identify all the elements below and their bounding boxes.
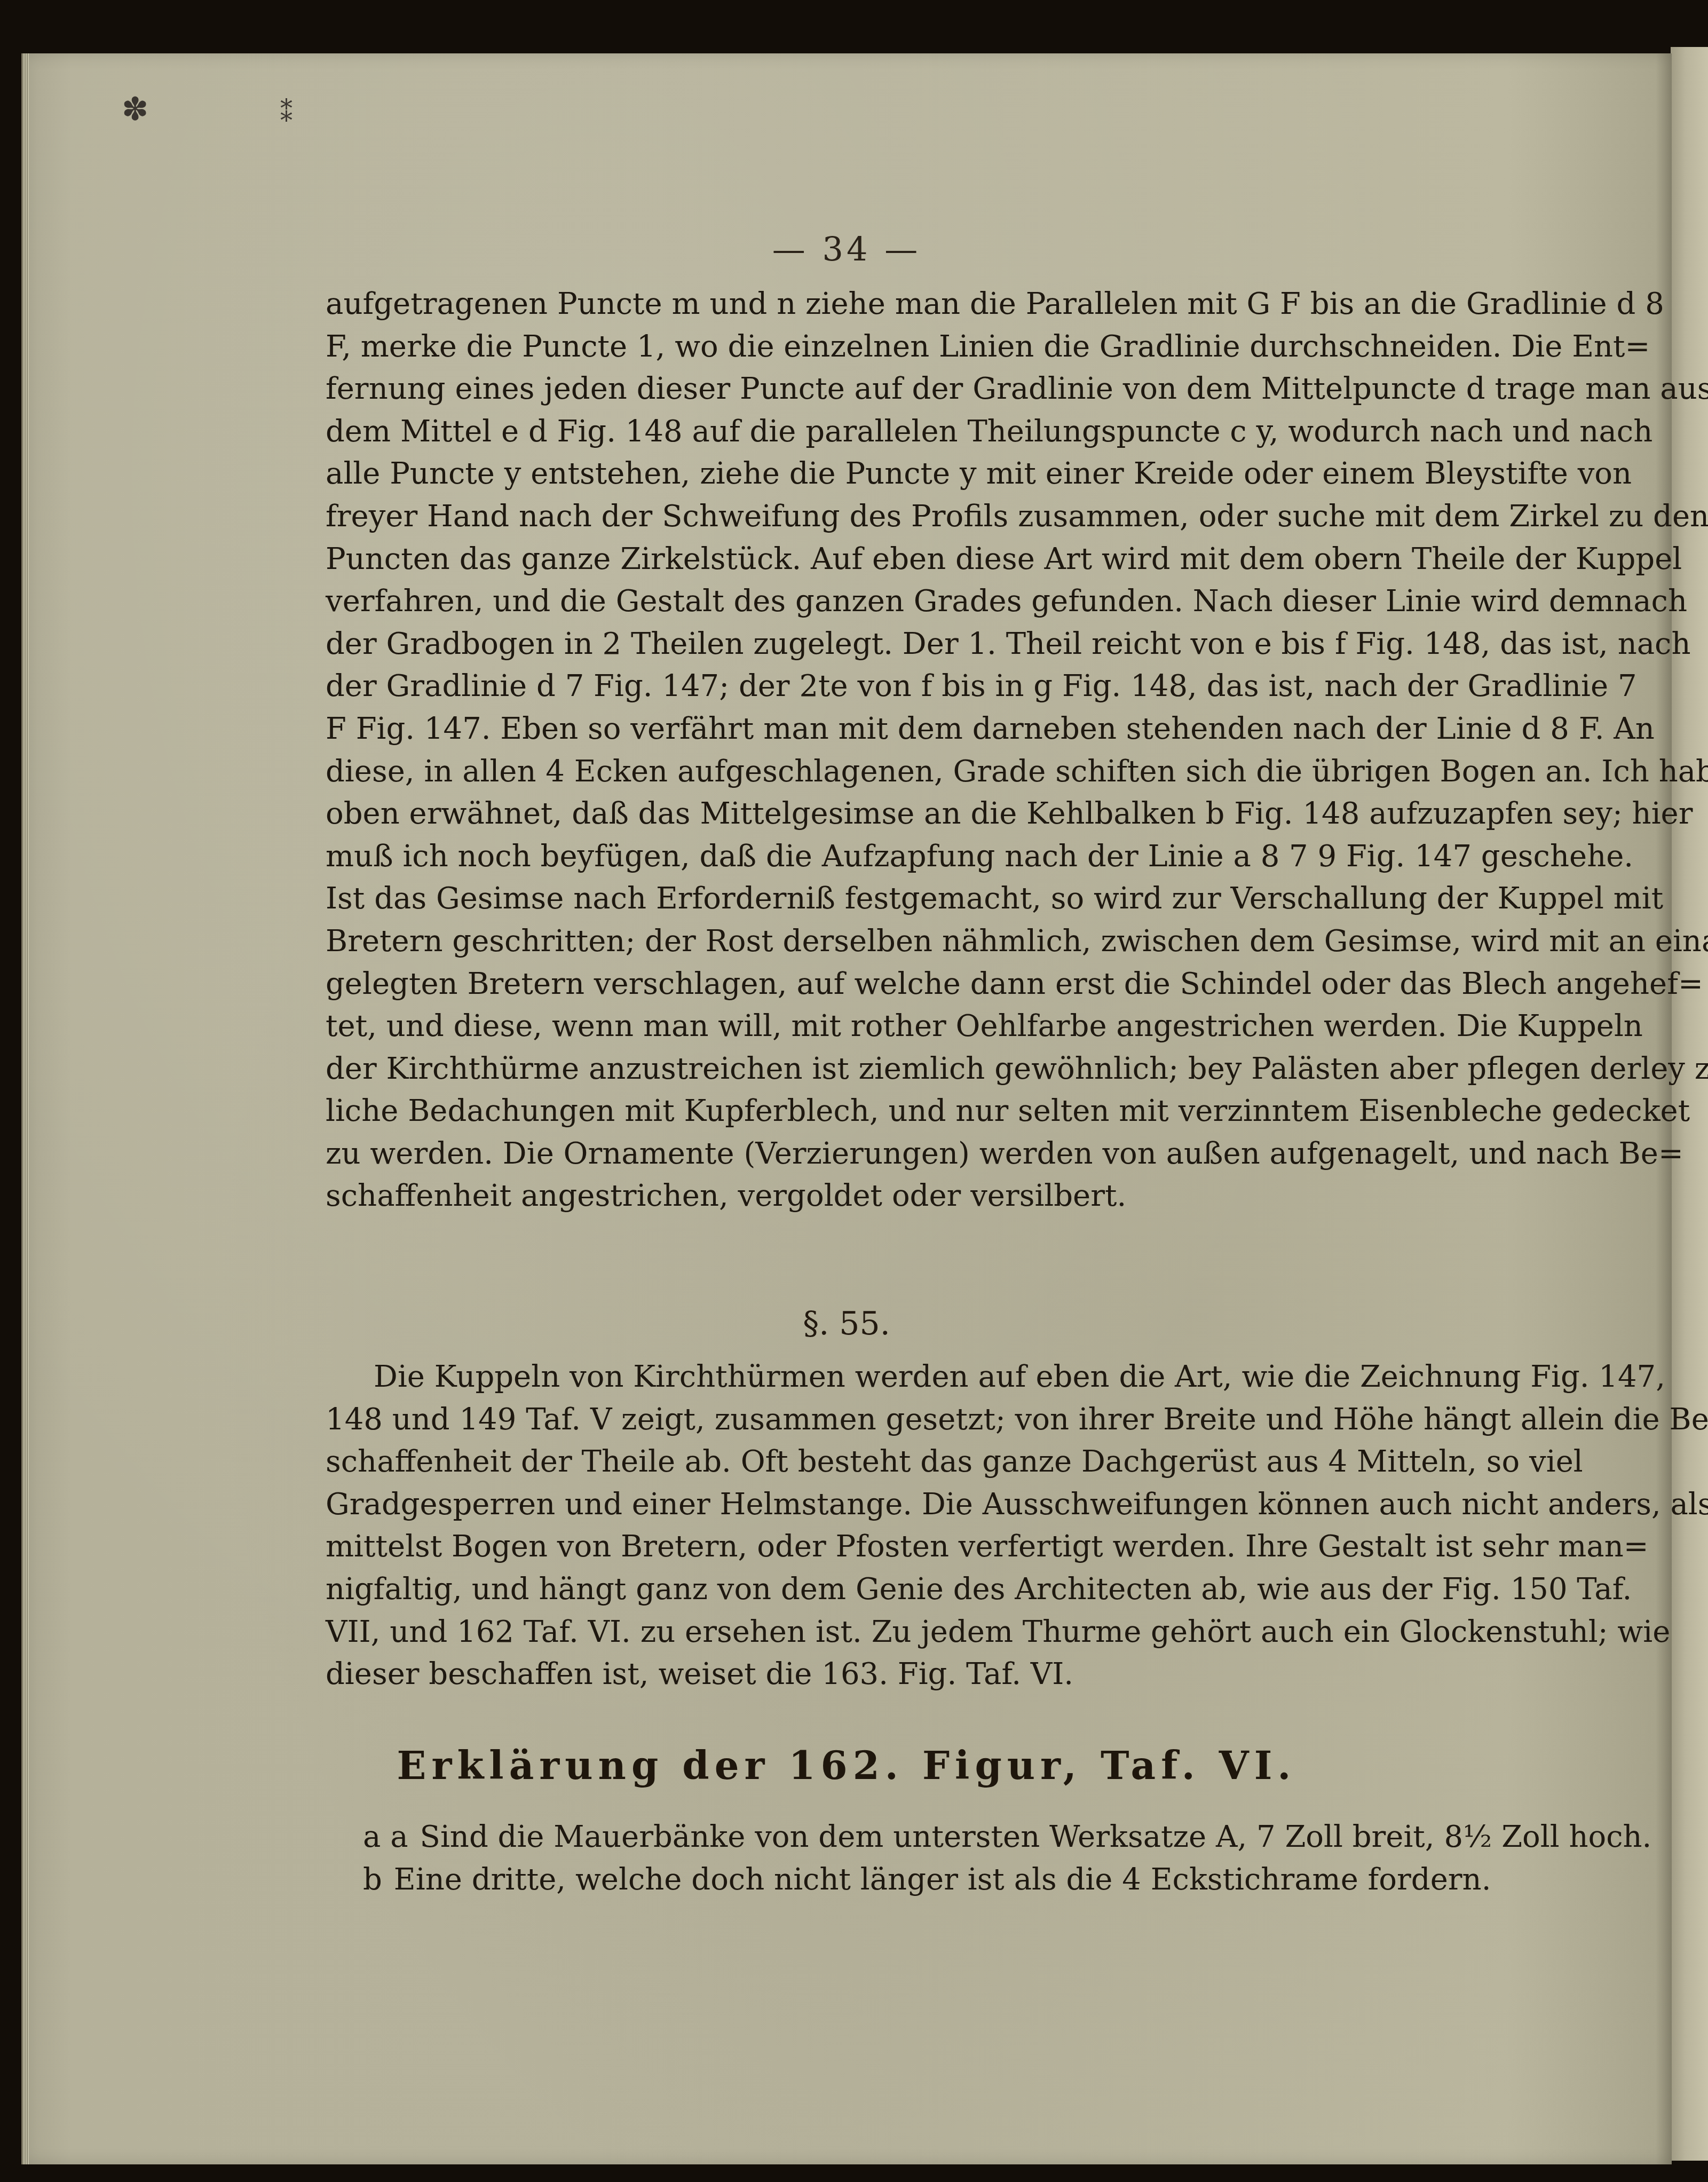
text-line: muß ich noch beyfügen, daß die Aufzapfun… bbox=[326, 835, 1569, 878]
text-line: verfahren, und die Gestalt des ganzen Gr… bbox=[326, 580, 1569, 623]
text-line: gelegten Bretern verschlagen, auf welche… bbox=[326, 963, 1569, 1006]
book-page: ✽ ⁑ — 34 — aufgetragenen Puncte m und n … bbox=[21, 53, 1672, 2164]
text-line: Die Kuppeln von Kirchthürmen werden auf … bbox=[326, 1356, 1569, 1398]
text-line: diese, in allen 4 Ecken aufgeschlagenen,… bbox=[326, 750, 1569, 793]
ink-smudge-icon: ✽ bbox=[122, 91, 148, 128]
explanation-heading: Erklärung der 162. Figur, Taf. VI. bbox=[21, 1743, 1672, 1788]
text-line: 148 und 149 Taf. V zeigt, zusammen geset… bbox=[326, 1398, 1569, 1441]
figure-legend: a aSind die Mauerbänke von dem untersten… bbox=[363, 1816, 1569, 1901]
text-line: mittelst Bogen von Bretern, oder Pfosten… bbox=[326, 1525, 1569, 1568]
text-line: alle Puncte y entstehen, ziehe die Punct… bbox=[326, 453, 1569, 495]
paragraph-2: Die Kuppeln von Kirchthürmen werden auf … bbox=[326, 1356, 1569, 1696]
text-line: zu werden. Die Ornamente (Verzierungen) … bbox=[326, 1133, 1569, 1175]
text-line: schaffenheit angestrichen, vergoldet ode… bbox=[326, 1175, 1569, 1218]
text-line: der Gradbogen in 2 Theilen zugelegt. Der… bbox=[326, 623, 1569, 666]
legend-item: a aSind die Mauerbänke von dem untersten… bbox=[363, 1816, 1569, 1859]
text-line: der Gradlinie d 7 Fig. 147; der 2te von … bbox=[326, 665, 1569, 708]
text-line: aufgetragenen Puncte m und n ziehe man d… bbox=[326, 283, 1569, 326]
page-stack-edges bbox=[21, 53, 29, 2164]
text-line: tet, und diese, wenn man will, mit rothe… bbox=[326, 1005, 1569, 1048]
text-line: dem Mittel e d Fig. 148 auf die parallel… bbox=[326, 410, 1569, 453]
text-line: freyer Hand nach der Schweifung des Prof… bbox=[326, 495, 1569, 538]
legend-key: a a bbox=[363, 1816, 408, 1859]
legend-item: bEine dritte, welche doch nicht länger i… bbox=[363, 1859, 1569, 1901]
text-line: nigfaltig, und hängt ganz von dem Genie … bbox=[326, 1568, 1569, 1611]
text-line: F Fig. 147. Eben so verfährt man mit dem… bbox=[326, 708, 1569, 750]
paragraph-1: aufgetragenen Puncte m und n ziehe man d… bbox=[326, 283, 1569, 1218]
text-line: Ist das Gesimse nach Erforderniß festgem… bbox=[326, 877, 1569, 920]
ink-speck-icon: ⁑ bbox=[280, 99, 292, 128]
text-line: schaffenheit der Theile ab. Oft besteht … bbox=[326, 1441, 1569, 1483]
section-heading: §. 55. bbox=[21, 1305, 1672, 1342]
text-line: Gradgesperren und einer Helmstange. Die … bbox=[326, 1483, 1569, 1526]
text-line: F, merke die Puncte 1, wo die einzelnen … bbox=[326, 326, 1569, 368]
text-line: oben erwähnet, daß das Mittelgesimse an … bbox=[326, 793, 1569, 835]
text-line: dieser beschaffen ist, weiset die 163. F… bbox=[326, 1653, 1569, 1696]
text-line: der Kirchthürme anzustreichen ist ziemli… bbox=[326, 1048, 1569, 1090]
legend-key: b bbox=[363, 1859, 382, 1901]
text-line: VII, und 162 Taf. VI. zu ersehen ist. Zu… bbox=[326, 1611, 1569, 1654]
text-line: Puncten das ganze Zirkelstück. Auf eben … bbox=[326, 538, 1569, 581]
text-line: fernung eines jeden dieser Puncte auf de… bbox=[326, 368, 1569, 410]
text-line: Bretern geschritten; der Rost derselben … bbox=[326, 920, 1569, 963]
text-line: liche Bedachungen mit Kupferblech, und n… bbox=[326, 1090, 1569, 1133]
page-number: — 34 — bbox=[21, 230, 1672, 268]
legend-text: Sind die Mauerbänke von dem untersten We… bbox=[420, 1820, 1652, 1854]
legend-text: Eine dritte, welche doch nicht länger is… bbox=[394, 1862, 1491, 1897]
